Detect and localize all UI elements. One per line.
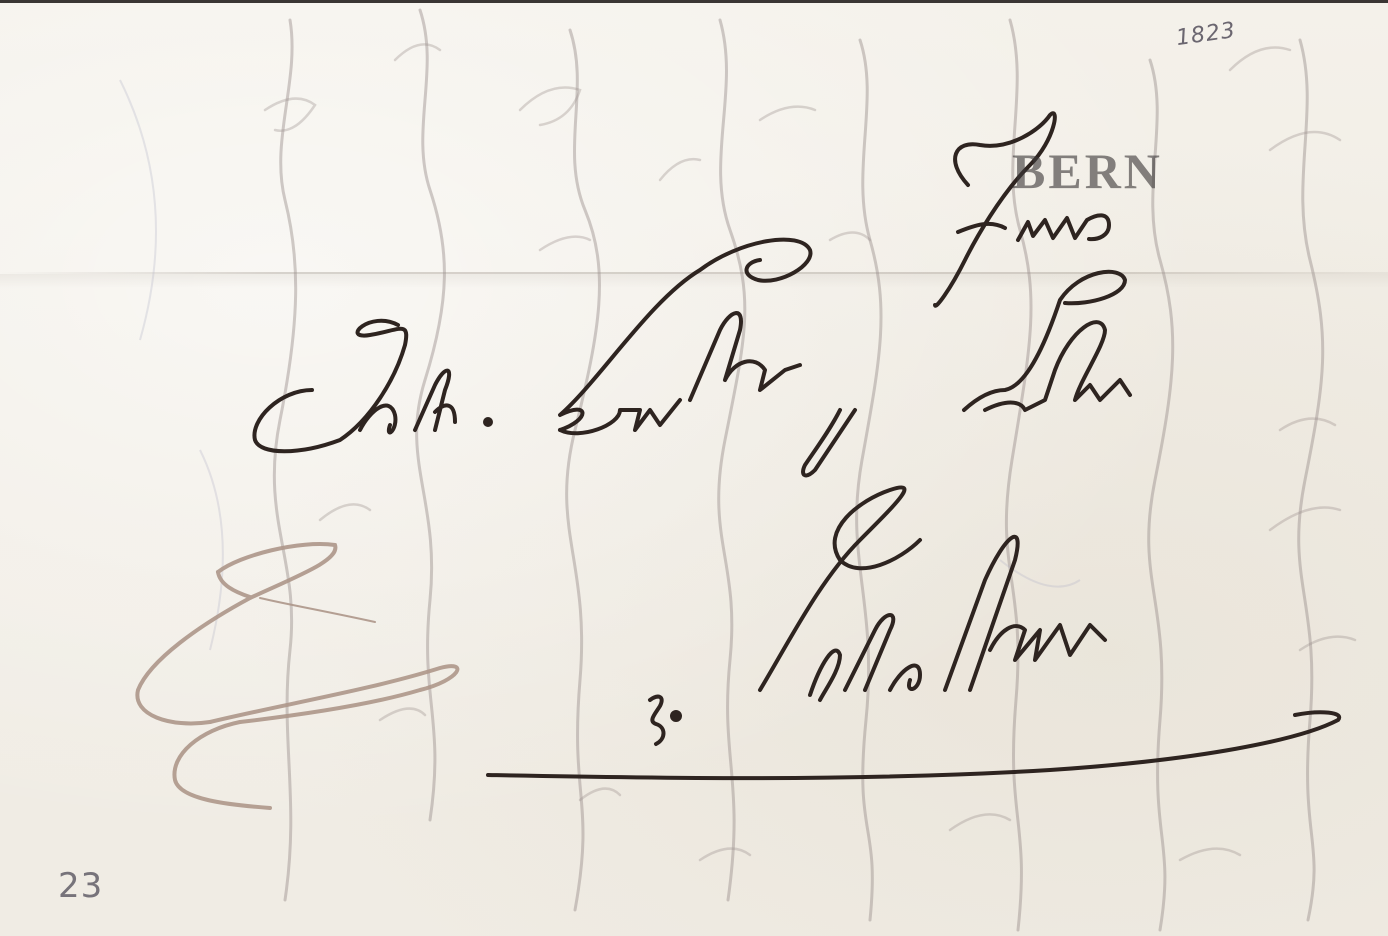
bern-postmark: BERN bbox=[1012, 142, 1163, 200]
address-recipient: Joh. Lüthy Sohn bbox=[250, 370, 736, 440]
letter-cover: BERN Herrn Joh. Lüthy Sohn z. Solothurn … bbox=[0, 0, 1388, 936]
address-destination: z. Solothurn bbox=[740, 630, 1111, 700]
handwritten-address bbox=[0, 0, 1388, 936]
pencil-lot-number: 23 bbox=[58, 866, 103, 906]
address-salutation: Herrn bbox=[940, 200, 1081, 254]
